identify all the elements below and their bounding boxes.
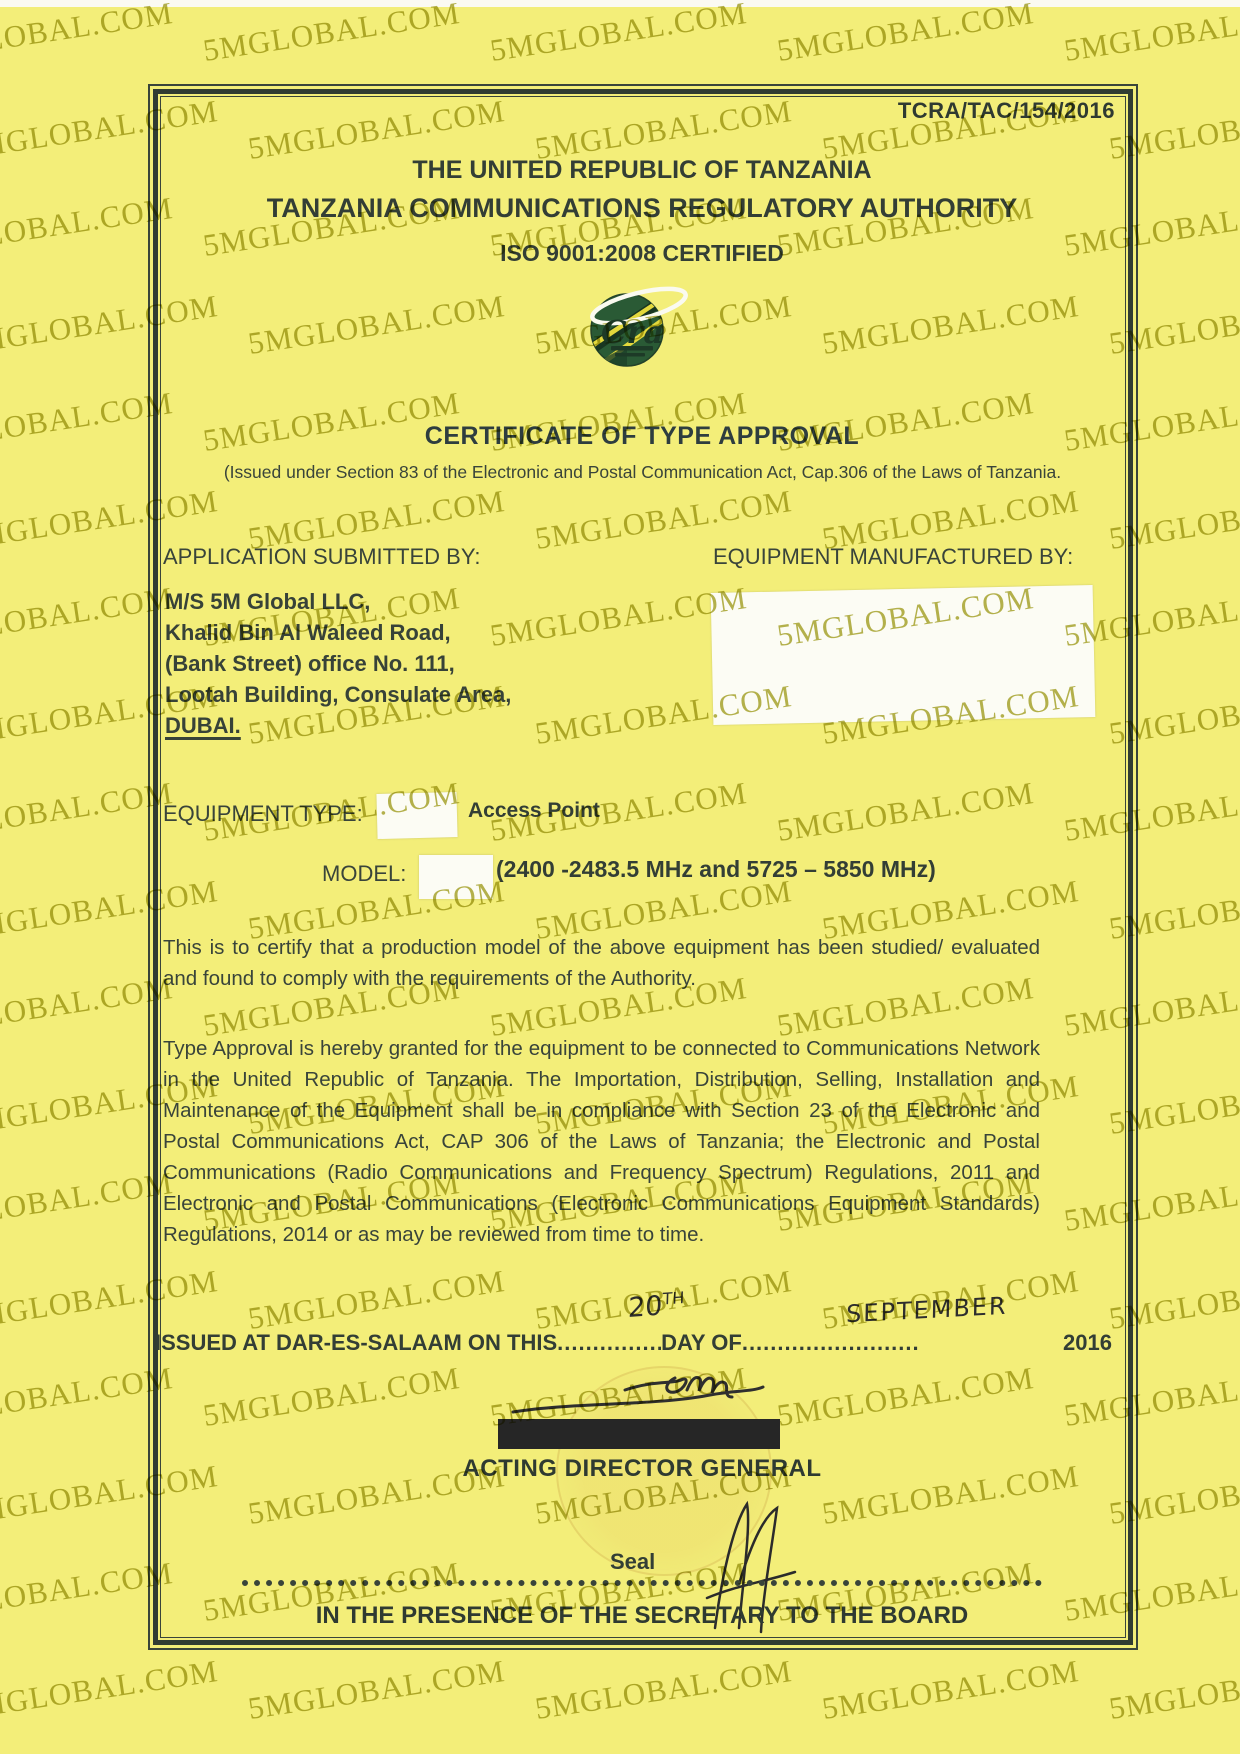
manufacturer-label: EQUIPMENT MANUFACTURED BY: xyxy=(713,544,1073,570)
scan-edge xyxy=(0,0,1240,7)
seal-label: Seal xyxy=(610,1549,655,1575)
certify-paragraph: This is to certify that a production mod… xyxy=(163,932,1040,994)
certificate-subtitle: (Issued under Section 83 of the Electron… xyxy=(175,459,1110,485)
director-signature xyxy=(505,1360,795,1424)
certificate-title: CERTIFICATE OF TYPE APPROVAL xyxy=(150,422,1134,451)
issued-prefix: ISSUED AT DAR-ES-SALAAM ON THIS xyxy=(155,1330,557,1356)
watermark-text: 5MGLOBAL.COM xyxy=(1107,1653,1240,1727)
authority-heading: TANZANIA COMMUNICATIONS REGULATORY AUTHO… xyxy=(150,193,1134,224)
model-label: MODEL: xyxy=(322,861,406,887)
address-line: (Bank Street) office No. 111, xyxy=(165,648,511,679)
watermark-text: 5MGLOBAL.COM xyxy=(246,1653,508,1727)
witness-dotted-line xyxy=(242,1580,1042,1586)
equipment-type-redaction-box xyxy=(376,792,457,839)
watermark-text: 5MGLOBAL.COM xyxy=(1062,0,1240,69)
approval-paragraph: Type Approval is hereby granted for the … xyxy=(163,1033,1040,1250)
address-line: M/S 5M Global LLC, xyxy=(165,586,511,617)
issued-dots-day: ............... xyxy=(557,1330,661,1356)
witness-line: IN THE PRESENCE OF THE SECRETARY TO THE … xyxy=(150,1602,1134,1630)
watermark-text: 5MGLOBAL.COM xyxy=(820,1653,1082,1727)
watermark-text: 5MGLOBAL.COM xyxy=(201,0,463,69)
manufacturer-redaction-box xyxy=(711,585,1096,725)
issued-line: ISSUED AT DAR-ES-SALAAM ON THIS ........… xyxy=(155,1330,1112,1356)
name-redaction-box xyxy=(498,1419,780,1449)
handwritten-day-suffix: TH xyxy=(662,1288,684,1309)
equipment-type-value: Access Point xyxy=(468,799,600,823)
country-heading: THE UNITED REPUBLIC OF TANZANIA xyxy=(150,156,1134,185)
logo-text: Cra xyxy=(601,313,664,351)
watermark-text: 5MGLOBAL.COM xyxy=(0,0,175,69)
issued-year: 2016 xyxy=(1063,1330,1112,1356)
tcra-logo-icon: Cra xyxy=(563,280,713,375)
handwritten-day-number: 20 xyxy=(628,1290,663,1324)
director-title: ACTING DIRECTOR GENERAL xyxy=(150,1455,1134,1483)
tcra-logo: Cra xyxy=(563,280,713,375)
address-city: DUBAI. xyxy=(165,710,511,741)
watermark-text: 5MGLOBAL.COM xyxy=(533,1653,795,1727)
watermark-text: 5MGLOBAL.COM xyxy=(775,0,1037,69)
address-line: Khalid Bin Al Waleed Road, xyxy=(165,617,511,648)
watermark-text: 5MGLOBAL.COM xyxy=(0,1653,220,1727)
issued-day-of-label: DAY OF xyxy=(661,1330,742,1356)
equipment-type-label: EQUIPMENT TYPE: xyxy=(163,801,363,827)
issued-dots-month: ......................... xyxy=(742,1330,1063,1356)
handwritten-day: 20TH xyxy=(628,1288,685,1324)
applicant-label: APPLICATION SUBMITTED BY: xyxy=(163,544,480,570)
model-redaction-box xyxy=(419,855,493,899)
certificate-scan-page: TCRA/TAC/154/2016 THE UNITED REPUBLIC OF… xyxy=(0,0,1240,1754)
model-frequency-value: (2400 -2483.5 MHz and 5725 – 5850 MHz) xyxy=(496,856,936,883)
reference-number: TCRA/TAC/154/2016 xyxy=(700,98,1115,124)
watermark-text: 5MGLOBAL.COM xyxy=(488,0,750,69)
address-line: Lootah Building, Consulate Area, xyxy=(165,679,511,710)
applicant-address: M/S 5M Global LLC, Khalid Bin Al Waleed … xyxy=(165,586,511,741)
iso-certified-line: ISO 9001:2008 CERTIFIED xyxy=(150,240,1134,267)
